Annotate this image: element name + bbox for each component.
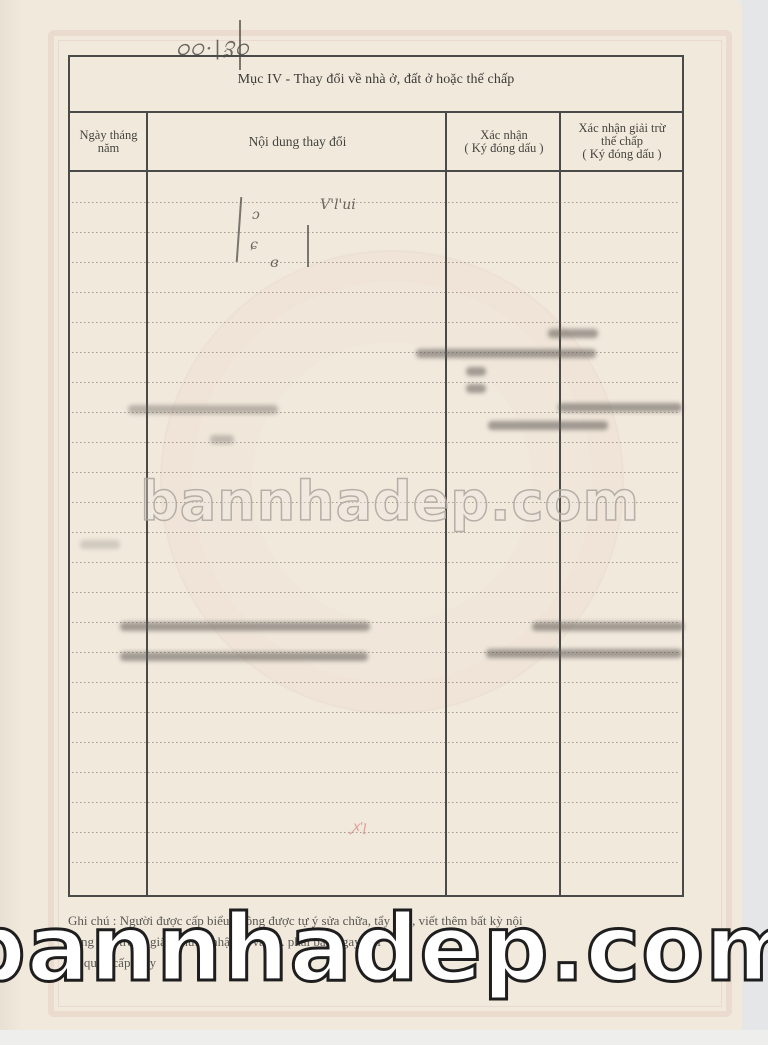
section-title: Mục IV - Thay đổi về nhà ở, đất ở hoặc t… <box>70 72 682 88</box>
handwritten-stroke <box>307 225 309 267</box>
redacted-entry <box>128 405 278 414</box>
redacted-entry <box>486 649 682 658</box>
handwritten-fragment: ɔ <box>252 207 260 223</box>
handwritten-stroke <box>236 197 243 262</box>
redacted-entry <box>416 349 596 358</box>
column-header-content: Nội dung thay đổi <box>149 113 446 170</box>
redacted-entry <box>120 622 370 631</box>
redacted-entry <box>466 367 486 376</box>
column-header-mortgage-release: Xác nhận giải trừ thế chấp ( Ký đóng dấu… <box>562 113 682 170</box>
column-header-confirmation: Xác nhận ( Ký đóng dấu ) <box>448 113 560 170</box>
watermark-center: bannhadep.com <box>120 470 660 533</box>
watermark-bottom: bannhadep.com <box>0 895 760 1002</box>
redacted-entry <box>532 622 684 631</box>
redacted-entry <box>80 540 120 549</box>
red-ink-marks: ꭙ'ꞁ <box>352 817 367 836</box>
handwritten-fragment: V'l'ui <box>320 197 356 213</box>
handwritten-fragment: ɕ <box>250 237 258 253</box>
table-title-row: Mục IV - Thay đổi về nhà ở, đất ở hoặc t… <box>70 57 682 113</box>
page-edge-shadow <box>0 0 22 1030</box>
redacted-entry <box>120 652 368 661</box>
redacted-entry <box>210 435 234 444</box>
document-page: ഠ੦·|ℨ੦ Mục IV - Thay đổi về nhà ở, đất ở… <box>0 0 742 1030</box>
column-header-date: Ngày tháng năm <box>70 113 147 170</box>
redacted-entry <box>548 329 598 338</box>
redacted-entry <box>558 403 682 412</box>
column-header-row: Ngày tháng năm Nội dung thay đổi Xác nhậ… <box>70 113 682 172</box>
redacted-entry <box>466 384 486 393</box>
scan-background-bottom <box>0 1030 768 1045</box>
handwritten-fragment: ɞ <box>270 255 279 271</box>
scan-background-right <box>742 0 768 1045</box>
redacted-entry <box>488 421 608 430</box>
